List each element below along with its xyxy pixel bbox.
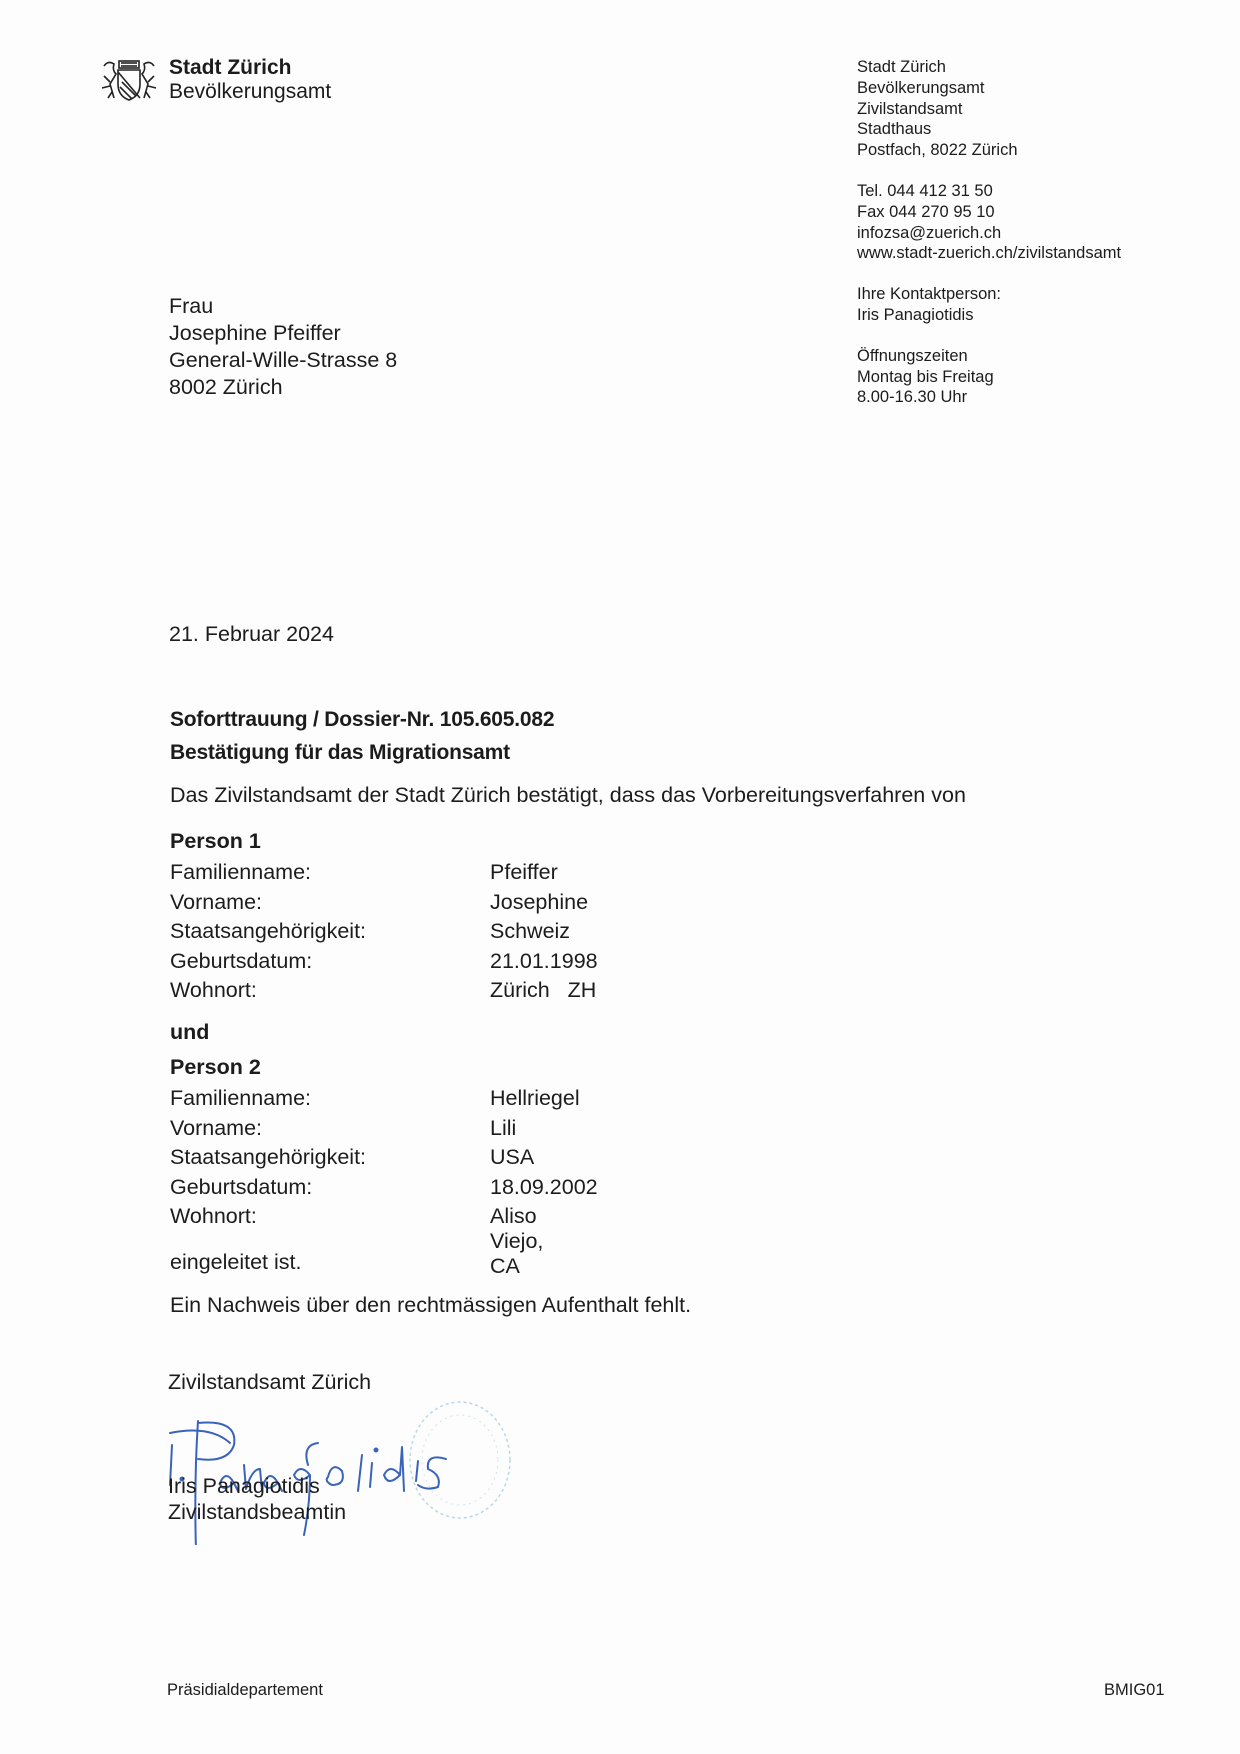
subject: Soforttrauung / Dossier-Nr. 105.605.082 … (170, 703, 554, 769)
field-label: Wohnort: (170, 978, 257, 1003)
intro-text: Das Zivilstandsamt der Stadt Zürich best… (170, 783, 966, 808)
field-label: Wohnort: (170, 1204, 257, 1229)
note-text: Ein Nachweis über den rechtmässigen Aufe… (170, 1293, 691, 1318)
field-value: Pfeiffer (490, 860, 558, 885)
field-label: Familienname: (170, 860, 311, 885)
recipient-salutation: Frau (169, 293, 397, 320)
field-row: Vorname:Josephine (170, 890, 261, 920)
field-row: Staatsangehörigkeit:Schweiz (170, 919, 261, 949)
field-label: Familienname: (170, 1086, 311, 1111)
hours-label: Öffnungszeiten (857, 346, 1121, 367)
field-value: Zürich ZH (490, 978, 596, 1003)
field-row: Vorname:Lili (170, 1116, 261, 1146)
field-row: Wohnort:Aliso Viejo, CA (170, 1204, 261, 1234)
sender-line: Bevölkerungsamt (857, 78, 1121, 99)
signing-office: Zivilstandsamt Zürich (168, 1370, 371, 1395)
person-1-heading: Person 1 (170, 826, 261, 860)
letter-date: 21. Februar 2024 (169, 622, 334, 647)
sender-line: Stadthaus (857, 119, 1121, 140)
sender-fax: Fax 044 270 95 10 (857, 202, 1121, 223)
city-name: Stadt Zürich (169, 56, 331, 80)
field-label: Staatsangehörigkeit: (170, 1145, 366, 1170)
closing-text: eingeleitet ist. (170, 1250, 301, 1275)
sender-email-link[interactable]: infozsa@zuerich.ch (857, 223, 1121, 244)
person-1-section: Person 1 Familienname:Pfeiffer Vorname:J… (170, 826, 261, 1008)
signer-name: Iris Panagiotidis (168, 1473, 346, 1499)
field-value: USA (490, 1145, 534, 1170)
sender-block: Stadt Zürich Bevölkerungsamt Zivilstands… (857, 57, 1121, 408)
contact-label: Ihre Kontaktperson: (857, 284, 1121, 305)
person-2-heading: Person 2 (170, 1052, 261, 1086)
field-label: Geburtsdatum: (170, 1175, 312, 1200)
recipient-address: Frau Josephine Pfeiffer General-Wille-St… (169, 293, 397, 401)
person-2-section: Person 2 Familienname:Hellriegel Vorname… (170, 1052, 261, 1234)
field-value: Hellriegel (490, 1086, 580, 1111)
hours-time: 8.00-16.30 Uhr (857, 387, 1121, 408)
footer-form-code: BMIG01 (1104, 1681, 1165, 1700)
field-value: 21.01.1998 (490, 949, 598, 974)
sender-website-link[interactable]: www.stadt-zuerich.ch/zivilstandsamt (857, 243, 1121, 264)
field-value: Schweiz (490, 919, 570, 944)
field-label: Vorname: (170, 1116, 262, 1141)
field-value: Josephine (490, 890, 588, 915)
sender-phone: Tel. 044 412 31 50 (857, 181, 1121, 202)
subject-line-2: Bestätigung für das Migrationsamt (170, 736, 554, 769)
footer-department: Präsidialdepartement (167, 1681, 323, 1700)
field-label: Geburtsdatum: (170, 949, 312, 974)
field-row: Familienname:Pfeiffer (170, 860, 261, 890)
conjunction: und (170, 1020, 209, 1045)
field-label: Vorname: (170, 890, 262, 915)
letterhead-brand: Stadt Zürich Bevölkerungsamt (169, 56, 331, 104)
field-row: Familienname:Hellriegel (170, 1086, 261, 1116)
department-name: Bevölkerungsamt (169, 80, 331, 104)
field-label: Staatsangehörigkeit: (170, 919, 366, 944)
hours-days: Montag bis Freitag (857, 367, 1121, 388)
contact-name: Iris Panagiotidis (857, 305, 1121, 326)
field-row: Staatsangehörigkeit:USA (170, 1145, 261, 1175)
field-row: Geburtsdatum:18.09.2002 (170, 1175, 261, 1205)
sender-line: Stadt Zürich (857, 57, 1121, 78)
sender-line: Zivilstandsamt (857, 99, 1121, 120)
subject-line-1: Soforttrauung / Dossier-Nr. 105.605.082 (170, 703, 554, 736)
recipient-name: Josephine Pfeiffer (169, 320, 397, 347)
recipient-city: 8002 Zürich (169, 374, 397, 401)
signer-block: Iris Panagiotidis Zivilstandsbeamtin (168, 1473, 346, 1525)
sender-line: Postfach, 8022 Zürich (857, 140, 1121, 161)
field-value: Lili (490, 1116, 516, 1141)
field-row: Geburtsdatum:21.01.1998 (170, 949, 261, 979)
field-value: Aliso Viejo, CA (490, 1204, 543, 1279)
recipient-street: General-Wille-Strasse 8 (169, 347, 397, 374)
field-row: Wohnort:Zürich ZH (170, 978, 261, 1008)
field-value: 18.09.2002 (490, 1175, 598, 1200)
coat-of-arms-icon (100, 58, 158, 102)
signer-title: Zivilstandsbeamtin (168, 1499, 346, 1525)
